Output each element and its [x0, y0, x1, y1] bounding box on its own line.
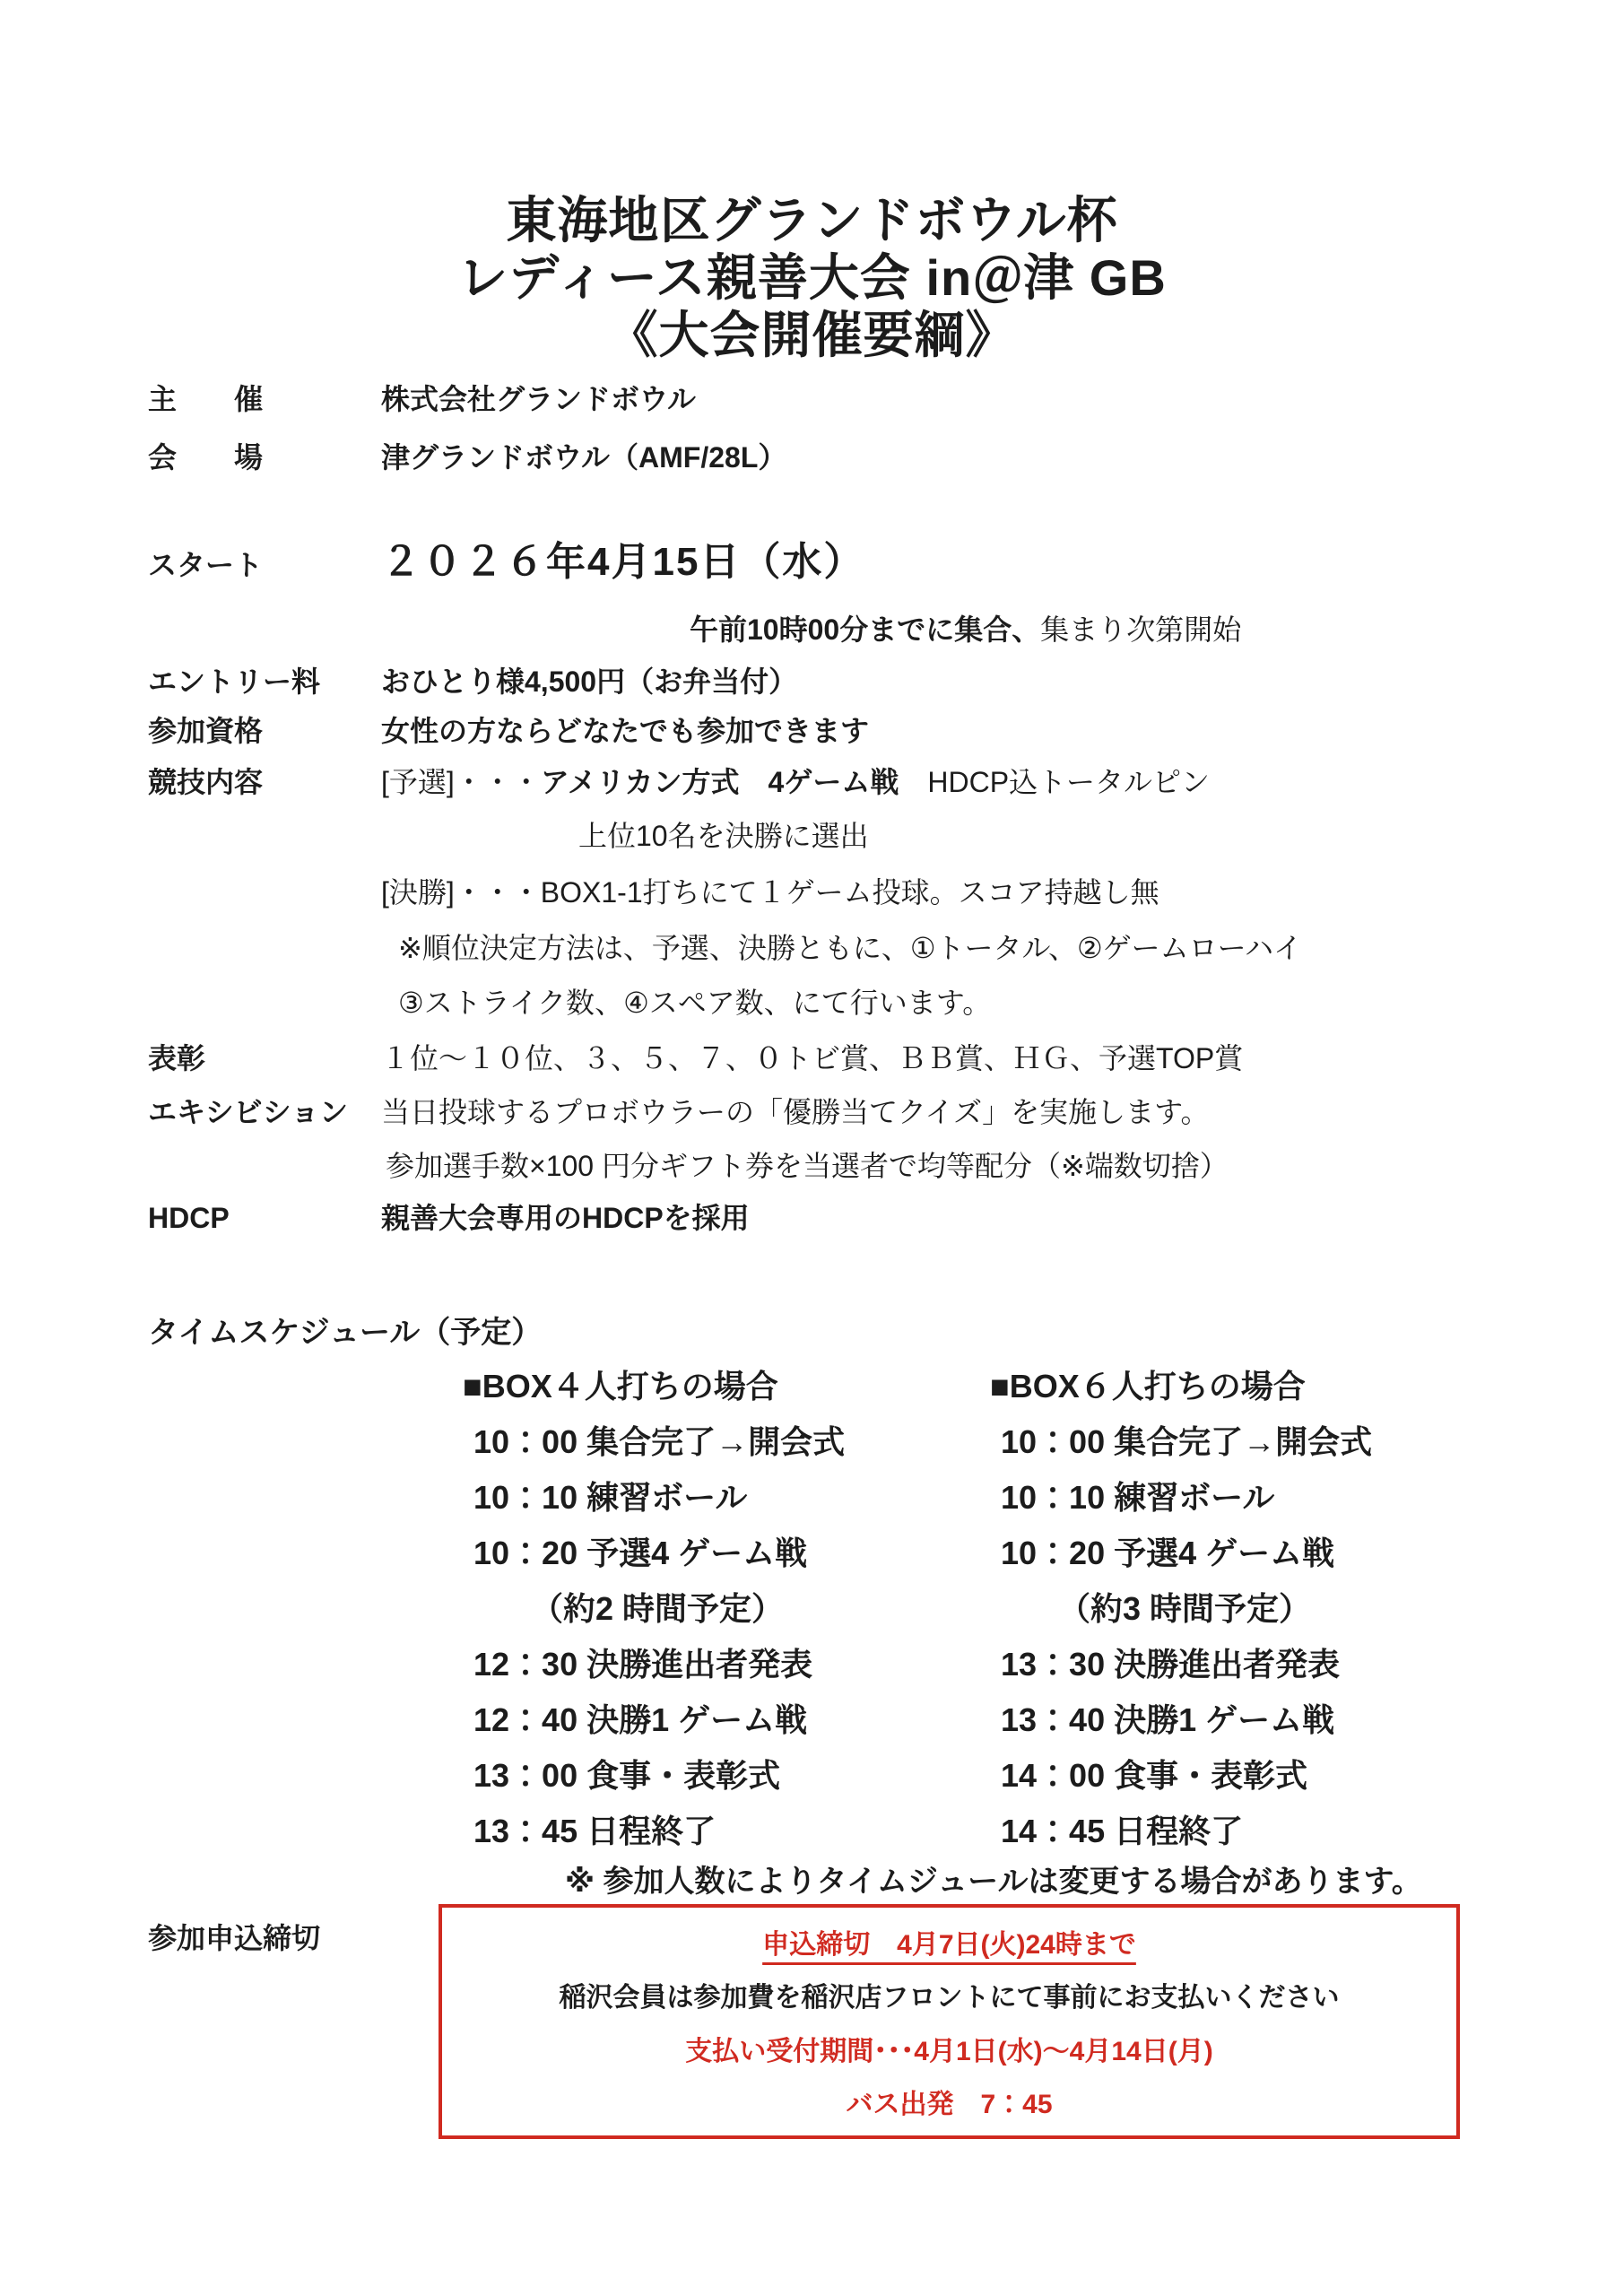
- schedule-row: 10：10 練習ボール: [990, 1470, 1372, 1526]
- entry-fee-row: エントリー料 おひとり様4,500円（お弁当付）: [148, 662, 1570, 701]
- start-date: ２０２６年4月15日（水）: [381, 543, 864, 582]
- schedule-row: 13：30 決勝進出者発表: [990, 1637, 1372, 1692]
- title-line-1: 東海地区グランドボウル杯: [0, 192, 1624, 249]
- schedule-column-box4: ■BOX４人打ちの場合 10：00 集合完了→開会式 10：10 練習ボール 1…: [463, 1359, 845, 1859]
- eligibility-row: 参加資格 女性の方ならどなたでも参加できます: [148, 711, 1570, 751]
- schedule-note: ※ 参加人数によりタイムジュールは変更する場合があります。: [565, 1857, 1422, 1900]
- organizer-label: 主 催: [148, 379, 381, 419]
- qualifying-line: [予選]・・・アメリカン方式 4ゲーム戦 HDCP込トータルピン: [381, 762, 1210, 802]
- schedule-row: 13：40 決勝1 ゲーム戦: [990, 1692, 1372, 1748]
- schedule-row: 10：00 集合完了→開会式: [990, 1414, 1372, 1470]
- venue-label: 会 場: [148, 438, 381, 477]
- competition-row: 競技内容 [予選]・・・アメリカン方式 4ゲーム戦 HDCP込トータルピン: [148, 762, 1570, 802]
- document-title: 東海地区グランドボウル杯 レディース親善大会 in＠津 GB 《大会開催要綱》: [0, 192, 1624, 364]
- competition-label: 競技内容: [148, 762, 381, 802]
- schedule-row: 10：20 予選4 ゲーム戦: [990, 1526, 1372, 1581]
- entry-fee-label: エントリー料: [148, 662, 381, 701]
- schedule-row: 14：45 日程終了: [990, 1804, 1372, 1859]
- exhibition-row: エキシビション 当日投球するプロボウラーの「優勝当てクイズ」を実施します。: [148, 1092, 1570, 1132]
- final-line: [決勝]・・・BOX1-1打ちにて１ゲーム投球。スコア持越し無: [381, 873, 1159, 912]
- deadline-box-line3: 支払い受付期間･･･4月1日(水)～4月14日(月): [685, 2029, 1212, 2068]
- venue-value: 津グランドボウル（AMF/28L）: [381, 438, 786, 477]
- hdcp-label: HDCP: [148, 1198, 381, 1238]
- exhibition-label: エキシビション: [148, 1092, 381, 1132]
- schedule-row: （約3 時間予定）: [990, 1581, 1372, 1637]
- title-line-3: 《大会開催要綱》: [0, 307, 1624, 364]
- exhibition-line1: 当日投球するプロボウラーの「優勝当てクイズ」を実施します。: [381, 1092, 1210, 1132]
- awards-label: 表彰: [148, 1039, 381, 1078]
- start-note: 午前10時00分までに集合、集まり次第開始: [690, 610, 1241, 649]
- deadline-box-line2: 稲沢会員は参加費を稲沢店フロントにて事前にお支払いください: [560, 1975, 1340, 2014]
- deadline-label: 参加申込締切: [148, 1916, 320, 1957]
- ranking-line2: ③ストライク数、④スペア数、にて行います。: [398, 983, 991, 1022]
- organizer-row: 主 催 株式会社グランドボウル: [148, 379, 1570, 419]
- eligibility-value: 女性の方ならどなたでも参加できます: [381, 711, 869, 751]
- schedule-heading: タイムスケジュール（予定）: [148, 1308, 542, 1352]
- schedule-row: 10：20 予選4 ゲーム戦: [463, 1526, 845, 1581]
- start-note-bold: 午前10時00分までに集合、: [690, 613, 1040, 646]
- schedule-row: 10：00 集合完了→開会式: [463, 1414, 845, 1470]
- schedule-row: 10：10 練習ボール: [463, 1470, 845, 1526]
- entry-fee-value: おひとり様4,500円（お弁当付）: [381, 662, 797, 701]
- awards-row: 表彰 １位～１０位、３、５、７、０トビ賞、ＢＢ賞、ＨＧ、予選TOP賞: [148, 1039, 1570, 1078]
- exhibition-line2: 参加選手数×100 円分ギフト券を当選者で均等配分（※端数切捨）: [386, 1146, 1229, 1186]
- deadline-box-line4: バス出発 7：45: [846, 2082, 1052, 2121]
- qualifying-line2: 上位10名を決勝に選出: [578, 816, 869, 856]
- start-label: スタート: [148, 545, 381, 585]
- schedule-box6-header: ■BOX６人打ちの場合: [990, 1359, 1372, 1414]
- ranking-line1: ※順位決定方法は、予選、決勝ともに、①トータル、②ゲームローハイ: [398, 928, 1302, 968]
- schedule-row: 13：45 日程終了: [463, 1804, 845, 1859]
- eligibility-label: 参加資格: [148, 711, 381, 751]
- organizer-value: 株式会社グランドボウル: [381, 379, 696, 419]
- schedule-box4-header: ■BOX４人打ちの場合: [463, 1359, 845, 1414]
- hdcp-value: 親善大会専用のHDCPを採用: [381, 1198, 750, 1238]
- flyer-page: 東海地区グランドボウル杯 レディース親善大会 in＠津 GB 《大会開催要綱》 …: [0, 0, 1624, 2296]
- schedule-row: （約2 時間予定）: [463, 1581, 845, 1637]
- schedule-row: 13：00 食事・表彰式: [463, 1748, 845, 1804]
- venue-row: 会 場 津グランドボウル（AMF/28L）: [148, 438, 1570, 477]
- title-line-2: レディース親善大会 in＠津 GB: [0, 249, 1624, 307]
- start-row: スタート ２０２６年4月15日（水）: [148, 543, 1570, 585]
- hdcp-row: HDCP 親善大会専用のHDCPを採用: [148, 1198, 1570, 1238]
- schedule-column-box6: ■BOX６人打ちの場合 10：00 集合完了→開会式 10：10 練習ボール 1…: [990, 1359, 1372, 1859]
- schedule-row: 14：00 食事・表彰式: [990, 1748, 1372, 1804]
- awards-value: １位～１０位、３、５、７、０トビ賞、ＢＢ賞、ＨＧ、予選TOP賞: [381, 1039, 1243, 1078]
- start-note-regular: 集まり次第開始: [1040, 613, 1241, 646]
- qualifying-bold: アメリカン方式 4ゲーム戦: [541, 766, 899, 798]
- deadline-box-line1: 申込締切 4月7日(火)24時まで: [762, 1922, 1136, 1961]
- deadline-box: 申込締切 4月7日(火)24時まで 稲沢会員は参加費を稲沢店フロントにて事前にお…: [439, 1904, 1460, 2139]
- schedule-row: 12：30 決勝進出者発表: [463, 1637, 845, 1692]
- qualifying-prefix: [予選]・・・: [381, 766, 541, 798]
- schedule-row: 12：40 決勝1 ゲーム戦: [463, 1692, 845, 1748]
- qualifying-suffix: HDCP込トータルピン: [899, 766, 1210, 798]
